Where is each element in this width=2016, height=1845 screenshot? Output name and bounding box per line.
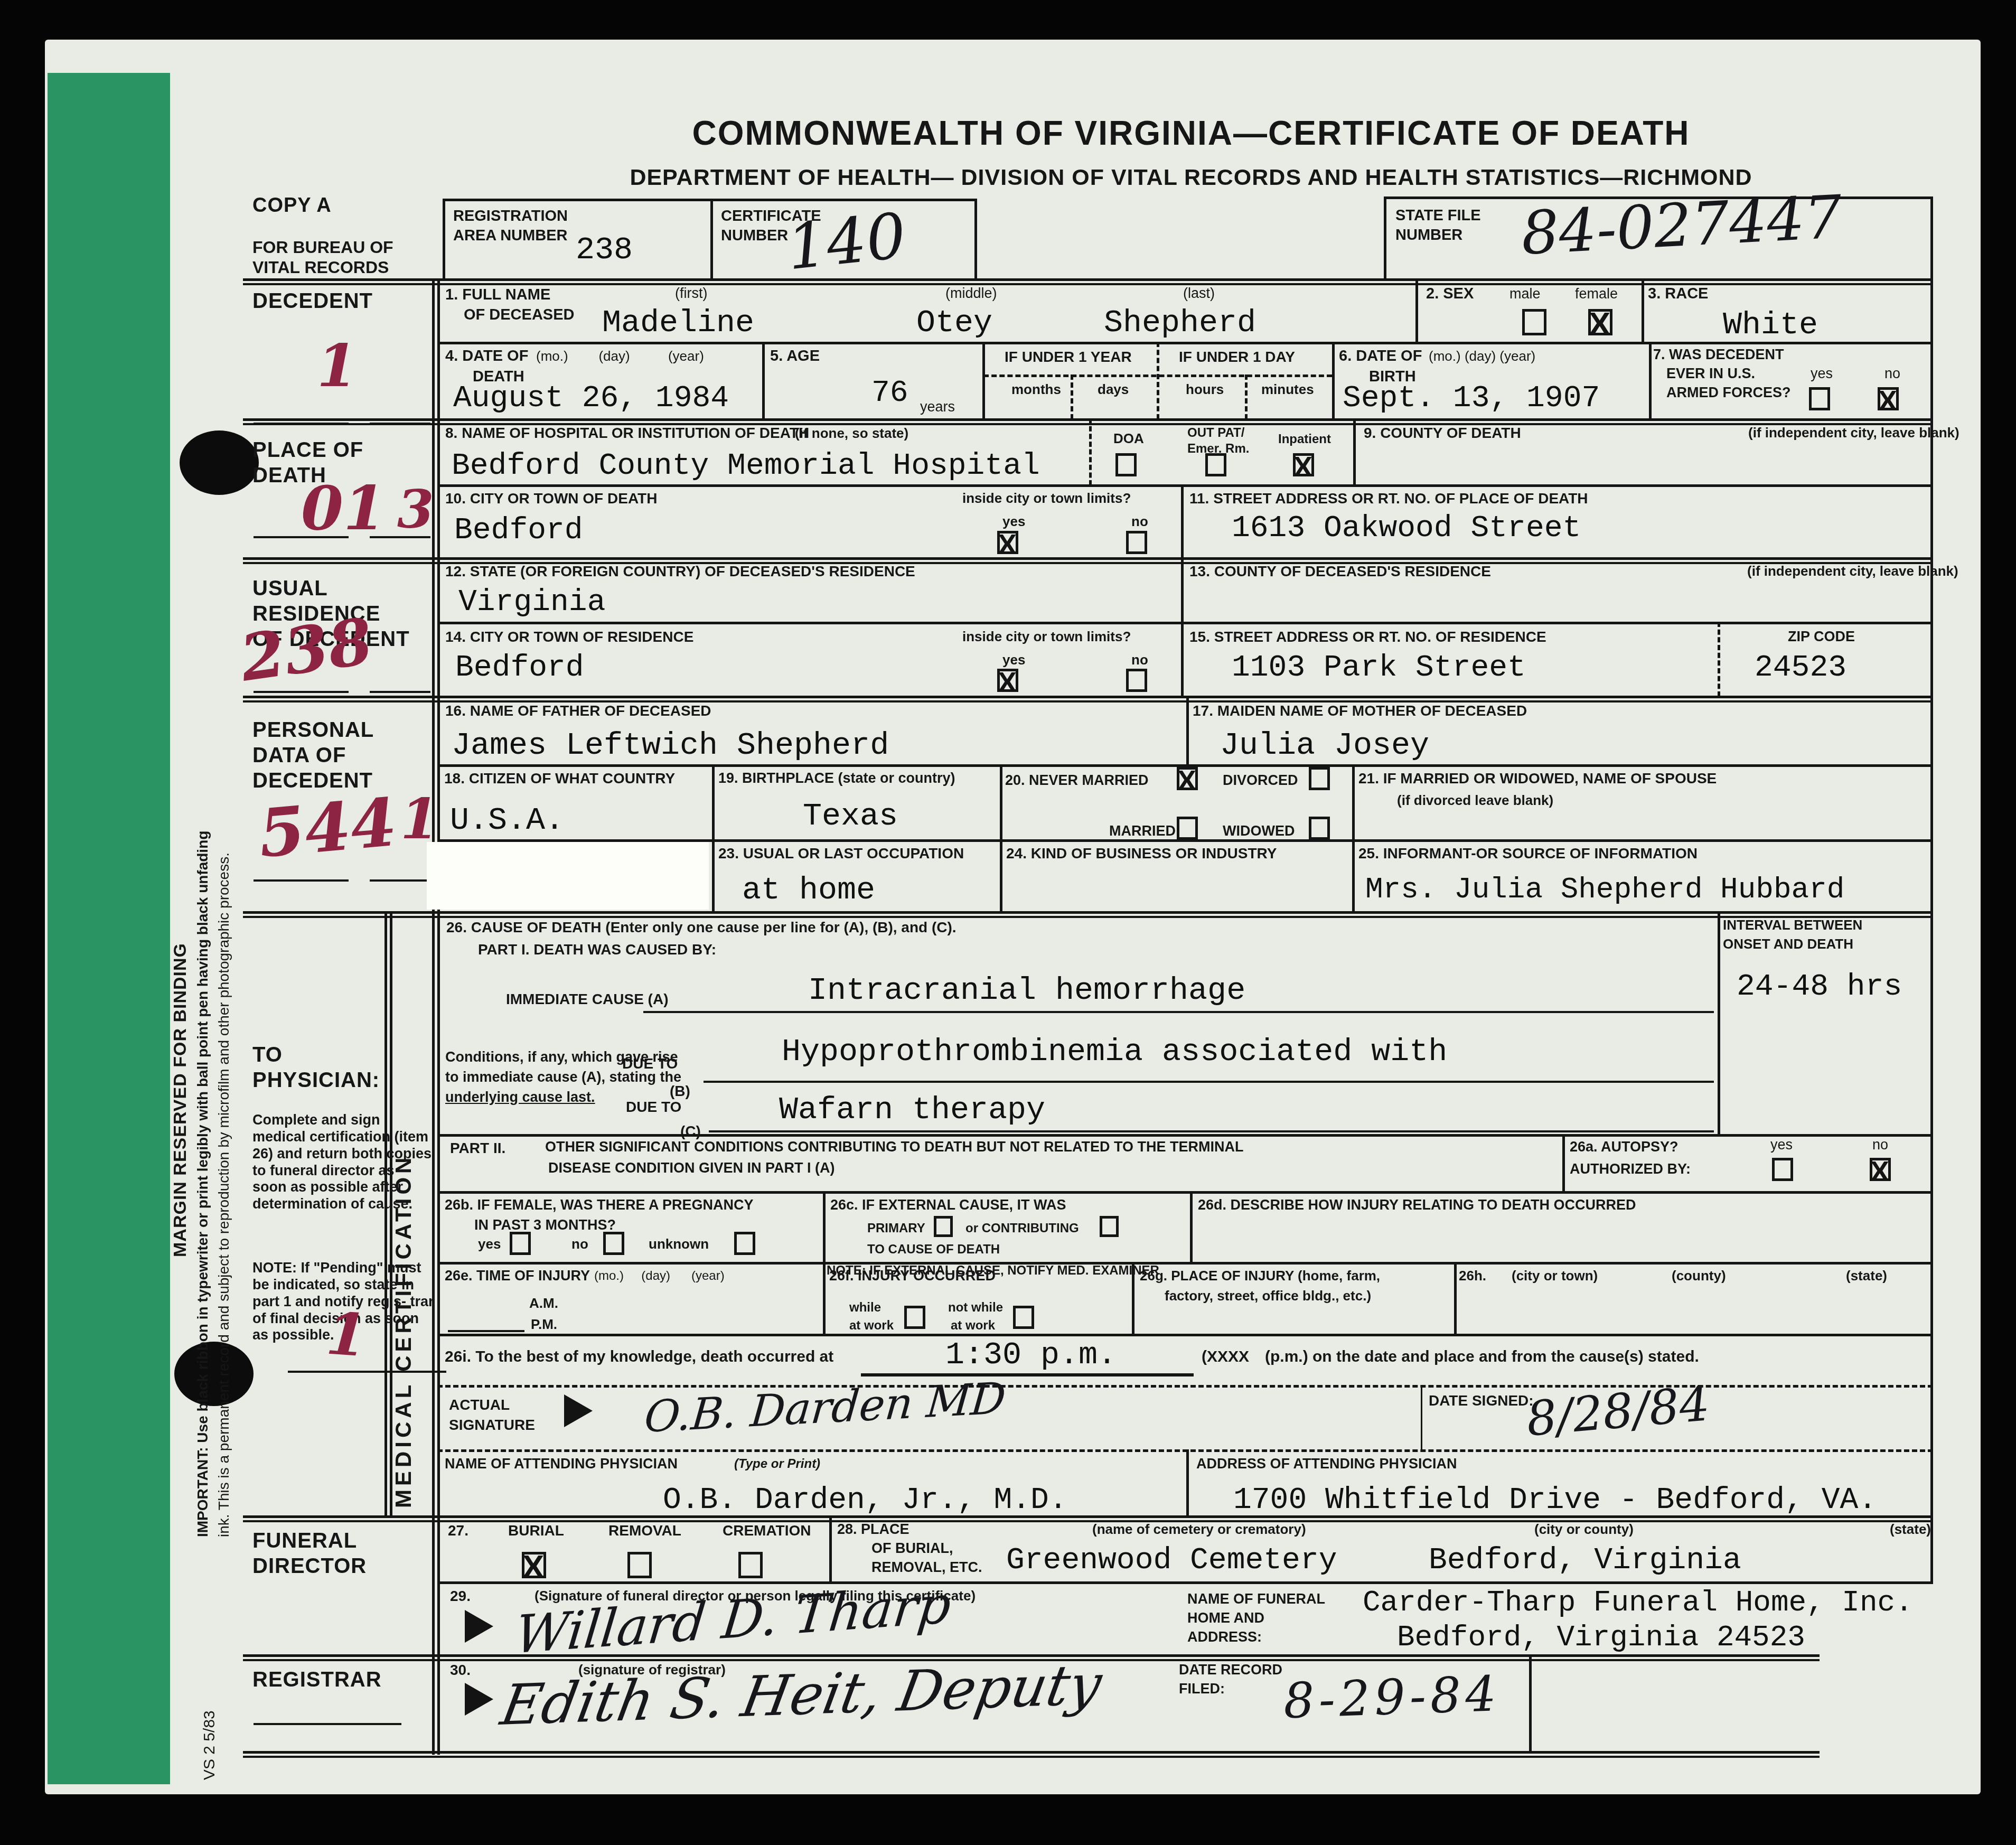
doa-label: DOA: [1113, 430, 1144, 447]
cremation-label: CREMATION: [723, 1522, 811, 1539]
sidebar-decedent-label: DECEDENT: [252, 289, 373, 313]
field29-number: 29.: [450, 1588, 471, 1605]
field10-yes-label: yes: [1002, 513, 1025, 530]
field20-never-married-label: 20. NEVER MARRIED: [1005, 772, 1149, 789]
field23-label: 23. USUAL OR LAST OCCUPATION: [718, 845, 964, 862]
death-city-limits-yes-checkbox: [997, 531, 1018, 554]
field5-age-unit: years: [920, 399, 955, 415]
part2-label: PART II.: [450, 1140, 505, 1157]
time-pm-label: P.M.: [531, 1316, 557, 1333]
sidebar-place-of-death-label1: PLACE OF: [252, 438, 363, 462]
outpatient-label1: OUT PAT/: [1187, 426, 1244, 441]
sidebar-personal-data-label2: DATA OF: [252, 744, 346, 767]
under-1-year-label: IF UNDER 1 YEAR: [1005, 349, 1132, 366]
field26b-label2: IN PAST 3 MONTHS?: [474, 1217, 616, 1233]
field7-label2: EVER IN U.S.: [1666, 366, 1755, 382]
inpatient-label: Inpatient: [1278, 432, 1331, 447]
autopsy-authorized-label: AUTHORIZED BY:: [1570, 1161, 1691, 1177]
interval-label2: ONSET AND DEATH: [1723, 936, 1853, 952]
field9-note: (if independent city, leave blank): [1748, 425, 1959, 441]
funeral-home-value-line2: Bedford, Virginia 24523: [1397, 1621, 1805, 1654]
field26h-county-label: (county): [1672, 1268, 1726, 1284]
city-county-sublabel: (city or county): [1534, 1521, 1634, 1538]
field28-label1: 28. PLACE: [837, 1521, 909, 1538]
interval-label1: INTERVAL BETWEEN: [1723, 917, 1862, 933]
field14-limits-label: inside city or town limits?: [962, 629, 1131, 645]
physician-name-sublabel: (Type or Print): [734, 1457, 820, 1472]
external-primary-label: PRIMARY: [867, 1221, 925, 1236]
part2-text-line1: OTHER SIGNIFICANT CONDITIONS CONTRIBUTIN…: [545, 1139, 1243, 1155]
doa-checkbox: [1115, 453, 1137, 476]
field12-label: 12. STATE (OR FOREIGN COUNTRY) OF DECEAS…: [445, 563, 915, 580]
field14-label: 14. CITY OR TOWN OF RESIDENCE: [445, 629, 693, 645]
field26-part1-label: PART I. DEATH WAS CAUSED BY:: [478, 941, 716, 958]
field20-divorced-label: DIVORCED: [1223, 772, 1298, 789]
field14-city-value: Bedford: [455, 651, 584, 685]
field20-widowed-label: WIDOWED: [1223, 823, 1295, 839]
field1-middle-sublabel: (middle): [945, 285, 997, 302]
scanned-death-certificate: { "colors":{"paper":"#e9ece4","ink":"#16…: [0, 0, 2016, 1845]
while-at-work-checkbox: [904, 1306, 925, 1329]
field2-label: 2. SEX: [1426, 285, 1474, 303]
redacted-field22-box: [427, 842, 709, 910]
city-county-value: Bedford, Virginia: [1429, 1543, 1741, 1578]
physician-name-label: NAME OF ATTENDING PHYSICIAN: [445, 1456, 678, 1472]
field26h-state-label: (state): [1846, 1268, 1887, 1284]
field25-label: 25. INFORMANT-OR SOURCE OF INFORMATION: [1358, 845, 1698, 862]
under-1-year-days-label: days: [1098, 381, 1129, 398]
field26e-sublabels: (mo.) (day) (year): [594, 1269, 725, 1284]
field13-label: 13. COUNTY OF DECEASED'S RESIDENCE: [1189, 563, 1491, 580]
sidebar-funeral-director-label1: FUNERAL: [252, 1529, 357, 1553]
field16-father-value: James Leftwich Shepherd: [452, 728, 889, 764]
field26i-pre-text: 26i. To the best of my knowledge, death …: [445, 1348, 833, 1366]
not-while-at-work-label2: at work: [951, 1318, 995, 1333]
cause-b-value-line1: Hypoprothrombinemia associated with: [782, 1034, 1447, 1070]
field1-middle-value: Otey: [916, 305, 992, 341]
field25-informant-value: Mrs. Julia Shepherd Hubbard: [1365, 873, 1844, 906]
cemetery-value: Greenwood Cemetery: [1006, 1543, 1337, 1578]
field1-label1: 1. FULL NAME: [445, 286, 550, 304]
part2-text-line2: DISEASE CONDITION GIVEN IN PART I (A): [548, 1160, 835, 1176]
external-to-cause-label: TO CAUSE OF DEATH: [867, 1242, 1000, 1257]
field18-label: 18. CITIZEN OF WHAT COUNTRY: [444, 770, 675, 787]
binding-green-stripe: [48, 73, 170, 1784]
field4-label1: 4. DATE OF: [445, 348, 528, 365]
field18-citizen-value: U.S.A.: [450, 803, 564, 839]
autopsy-yes-label: yes: [1770, 1137, 1793, 1153]
sidebar-red-code-3: 3: [397, 478, 434, 540]
conditions-note-line1: Conditions, if any, which gave rise: [445, 1049, 678, 1065]
sidebar-red-code-544: 544: [256, 784, 400, 873]
removal-label: REMOVAL: [608, 1522, 681, 1539]
field11-label: 11. STREET ADDRESS OR RT. NO. OF PLACE O…: [1189, 490, 1588, 507]
under-1-day-label: IF UNDER 1 DAY: [1179, 349, 1295, 366]
field26-label: 26. CAUSE OF DEATH (Enter only one cause…: [446, 919, 957, 936]
pregnancy-no-checkbox: [603, 1232, 624, 1255]
residence-city-limits-no-checkbox: [1126, 669, 1147, 692]
field19-birthplace-value: Texas: [803, 799, 898, 835]
margin-important-text2: ink. This is a permanent record and subj…: [215, 523, 232, 1537]
margin-important-text1: IMPORTANT: Use black ribbon in typewrite…: [194, 523, 211, 1537]
physician-address-label: ADDRESS OF ATTENDING PHYSICIAN: [1196, 1456, 1457, 1472]
cause-a-value: Intracranial hemorrhage: [808, 973, 1245, 1009]
conditions-note-line2: to immediate cause (A), stating the: [445, 1069, 681, 1085]
margin-binding-text: MARGIN RESERVED FOR BINDING: [170, 845, 191, 1257]
actual-signature-label1: ACTUAL: [449, 1397, 510, 1413]
date-filed-label1: DATE RECORD: [1179, 1662, 1282, 1678]
field8-label: 8. NAME OF HOSPITAL OR INSTITUTION OF DE…: [445, 425, 809, 442]
married-checkbox: [1177, 817, 1198, 840]
sidebar-usual-residence-label1: USUAL: [252, 577, 328, 601]
external-contributing-checkbox: [1100, 1216, 1119, 1237]
pregnancy-unknown-checkbox: [734, 1232, 755, 1255]
never-married-checkbox: [1177, 767, 1198, 790]
field13-note: (if independent city, leave blank): [1747, 563, 1958, 579]
registration-area-value: 238: [576, 232, 633, 268]
field10-no-label: no: [1131, 513, 1148, 530]
funeral-home-label1: NAME OF FUNERAL: [1187, 1591, 1325, 1607]
under-1-day-hours-label: hours: [1186, 381, 1224, 398]
copy-label: COPY A: [252, 194, 332, 217]
autopsy-no-checkbox: [1870, 1158, 1891, 1181]
time-of-death-value: 1:30 p.m.: [945, 1337, 1117, 1373]
field2-female-label: female: [1575, 286, 1618, 302]
zip-value: 24523: [1755, 651, 1846, 685]
autopsy-no-label: no: [1872, 1137, 1888, 1153]
field11-street-value: 1613 Oakwood Street: [1232, 511, 1581, 546]
field26f-label: 26f. INJURY OCCURRED: [829, 1268, 996, 1284]
outpatient-checkbox: [1205, 453, 1226, 476]
page-title: COMMONWEALTH OF VIRGINIA—CERTIFICATE OF …: [692, 114, 1690, 153]
sidebar-funeral-director-label2: DIRECTOR: [252, 1554, 367, 1578]
field27-number: 27.: [448, 1522, 468, 1539]
page-subtitle: DEPARTMENT OF HEALTH— DIVISION OF VITAL …: [630, 165, 1752, 191]
copy-for-line2: VITAL RECORDS: [252, 258, 389, 277]
field2-male-label: male: [1509, 286, 1541, 302]
sidebar-red-code-1: 1: [317, 332, 358, 400]
field8-sublabel: (if none, so state): [795, 425, 908, 442]
field1-first-sublabel: (first): [675, 285, 707, 302]
field26g-label2: factory, street, office bldg., etc.): [1165, 1288, 1371, 1304]
field1-first-value: Madeline: [602, 305, 754, 341]
field17-label: 17. MAIDEN NAME OF MOTHER OF DECEASED: [1193, 703, 1527, 719]
physician-address-value: 1700 Whitfield Drive - Bedford, VA.: [1233, 1483, 1877, 1518]
field6-label1: 6. DATE OF: [1339, 348, 1422, 365]
due-to-c-letter: (C): [680, 1123, 701, 1140]
field26i-post-text: (p.m.) on the date and place and from th…: [1265, 1348, 1699, 1366]
field7-yes-label: yes: [1811, 366, 1833, 382]
field17-mother-value: Julia Josey: [1220, 728, 1429, 764]
margin-form-code: VS 2 5/83: [201, 1627, 219, 1780]
field14-no-label: no: [1131, 652, 1148, 668]
interval-value: 24-48 hrs: [1737, 970, 1902, 1004]
pregnancy-yes-label: yes: [478, 1236, 501, 1252]
field15-street-value: 1103 Park Street: [1232, 651, 1526, 685]
while-at-work-label1: while: [849, 1300, 881, 1315]
date-filed-label2: FILED:: [1179, 1681, 1225, 1697]
certificate-number-label2: NUMBER: [721, 227, 788, 245]
field1-last-sublabel: (last): [1183, 285, 1215, 302]
residence-city-limits-yes-checkbox: [997, 669, 1018, 692]
physician-name-value: O.B. Darden, Jr., M.D.: [663, 1483, 1067, 1518]
field28-label2: OF BURIAL,: [871, 1540, 953, 1557]
sidebar-personal-data-label1: PERSONAL: [252, 718, 374, 742]
burial-label: BURIAL: [508, 1522, 564, 1539]
date-signed-label: DATE SIGNED:: [1429, 1392, 1534, 1409]
due-to-c-label: DUE TO: [626, 1099, 681, 1116]
field4-sublabels: (mo.) (day) (year): [536, 348, 704, 364]
medical-certification-vertical-label: MEDICAL CERTIFICATION: [391, 932, 416, 1508]
sidebar-red-code-01: 01: [301, 473, 386, 544]
registration-area-label1: REGISTRATION: [453, 208, 568, 225]
under-1-day-minutes-label: minutes: [1261, 381, 1314, 398]
field9-label: 9. COUNTY OF DEATH: [1364, 425, 1521, 442]
cemetery-sublabel: (name of cemetery or crematory): [1092, 1521, 1306, 1538]
field7-label3: ARMED FORCES?: [1666, 385, 1791, 401]
field3-race-value: White: [1723, 307, 1818, 343]
conditions-note-line3: underlying cause last.: [445, 1089, 595, 1106]
state-file-label1: STATE FILE: [1395, 207, 1481, 224]
field28-label3: REMOVAL, ETC.: [871, 1559, 982, 1576]
armed-forces-yes-checkbox: [1809, 387, 1830, 410]
field1-label2: OF DECEASED: [464, 306, 574, 324]
zip-label: ZIP CODE: [1788, 629, 1855, 645]
not-while-at-work-label1: not while: [948, 1300, 1003, 1315]
field1-last-value: Shepherd: [1104, 305, 1256, 341]
field16-label: 16. NAME OF FATHER OF DECEASED: [445, 703, 711, 719]
field26g-label1: 26g. PLACE OF INJURY (home, farm,: [1140, 1268, 1380, 1284]
field30-number: 30.: [450, 1662, 471, 1679]
field26d-label: 26d. DESCRIBE HOW INJURY RELATING TO DEA…: [1198, 1197, 1636, 1213]
field26h-label: 26h.: [1459, 1268, 1486, 1284]
not-while-at-work-checkbox: [1013, 1306, 1034, 1329]
under-1-year-months-label: months: [1011, 381, 1061, 398]
field26h-city-label: (city or town): [1512, 1268, 1598, 1284]
sex-male-checkbox: [1522, 309, 1546, 335]
funeral-home-label2: HOME AND: [1187, 1610, 1264, 1626]
cause-b-value-line2: Wafarn therapy: [779, 1092, 1045, 1128]
copy-for-line1: FOR BUREAU OF: [252, 238, 393, 257]
external-contributing-label: or CONTRIBUTING: [965, 1221, 1079, 1236]
sidebar-to-physician-label1: TO: [252, 1043, 283, 1067]
state-file-label2: NUMBER: [1395, 227, 1462, 244]
field26e-label: 26e. TIME OF INJURY: [445, 1268, 590, 1284]
field12-state-value: Virginia: [458, 585, 605, 620]
field26c-label: 26c. IF EXTERNAL CAUSE, IT WAS: [830, 1197, 1066, 1213]
field20-married-label: MARRIED: [1109, 823, 1176, 839]
funeral-home-label3: ADDRESS:: [1187, 1629, 1262, 1645]
actual-signature-label2: SIGNATURE: [449, 1417, 535, 1434]
arrow-icon: [465, 1610, 493, 1643]
arrow-icon: [564, 1394, 593, 1427]
field7-no-label: no: [1884, 366, 1900, 382]
autopsy-label: 26a. AUTOPSY?: [1570, 1139, 1679, 1155]
field26b-label1: 26b. IF FEMALE, WAS THERE A PREGNANCY: [445, 1197, 754, 1213]
field23-occupation-value: at home: [742, 873, 875, 909]
field19-label: 19. BIRTHPLACE (state or country): [718, 770, 955, 786]
field6-sublabels: (mo.) (day) (year): [1429, 348, 1535, 364]
removal-checkbox: [627, 1552, 652, 1578]
certificate-number-value: 140: [783, 199, 909, 284]
am-struck-out: (XXXX: [1202, 1348, 1249, 1366]
field15-label: 15. STREET ADDRESS OR RT. NO. OF RESIDEN…: [1189, 629, 1546, 645]
field10-label: 10. CITY OR TOWN OF DEATH: [445, 490, 657, 507]
field5-age-value: 76: [871, 376, 908, 410]
field5-label: 5. AGE: [770, 348, 820, 365]
field3-label: 3. RACE: [1648, 285, 1708, 303]
divorced-checkbox: [1309, 767, 1330, 790]
field7-label1: 7. WAS DECEDENT: [1653, 346, 1784, 363]
hole-punch: [174, 1342, 254, 1406]
armed-forces-no-checkbox: [1878, 387, 1899, 410]
sidebar-red-code-1c: 1: [324, 1299, 369, 1370]
cremation-checkbox: [738, 1552, 763, 1578]
field6-date-of-birth-value: Sept. 13, 1907: [1343, 381, 1600, 416]
sex-female-checkbox: [1588, 309, 1612, 335]
time-am-label: A.M.: [529, 1295, 558, 1312]
field24-label: 24. KIND OF BUSINESS OR INDUSTRY: [1006, 845, 1277, 862]
field8-hospital-value: Bedford County Memorial Hospital: [452, 449, 1040, 483]
field21-note: (if divorced leave blank): [1397, 792, 1553, 809]
field21-label: 21. IF MARRIED OR WIDOWED, NAME OF SPOUS…: [1358, 770, 1717, 787]
pregnancy-unknown-label: unknown: [649, 1236, 709, 1252]
pregnancy-no-label: no: [571, 1236, 588, 1252]
state-sublabel: (state): [1890, 1521, 1931, 1538]
burial-checkbox: [522, 1552, 546, 1578]
widowed-checkbox: [1309, 817, 1330, 840]
inpatient-checkbox: [1293, 453, 1314, 476]
external-primary-checkbox: [934, 1216, 953, 1237]
pregnancy-yes-checkbox: [510, 1232, 531, 1255]
autopsy-yes-checkbox: [1772, 1158, 1793, 1181]
funeral-home-value-line1: Carder-Tharp Funeral Home, Inc.: [1363, 1586, 1913, 1619]
sidebar-registrar-label: REGISTRAR: [252, 1668, 382, 1692]
immediate-cause-label: IMMEDIATE CAUSE (A): [506, 991, 668, 1008]
while-at-work-label2: at work: [849, 1318, 894, 1333]
field4-date-of-death-value: August 26, 1984: [453, 381, 729, 416]
field10-city-value: Bedford: [454, 513, 583, 548]
arrow-icon: [465, 1683, 493, 1716]
death-city-limits-no-checkbox: [1126, 531, 1147, 554]
registration-area-label2: AREA NUMBER: [453, 227, 567, 245]
date-filed-value: 8-29-84: [1282, 1665, 1501, 1729]
field10-limits-label: inside city or town limits?: [962, 490, 1131, 507]
hole-punch: [180, 430, 259, 495]
sidebar-to-physician-label2: PHYSICIAN:: [252, 1069, 380, 1092]
